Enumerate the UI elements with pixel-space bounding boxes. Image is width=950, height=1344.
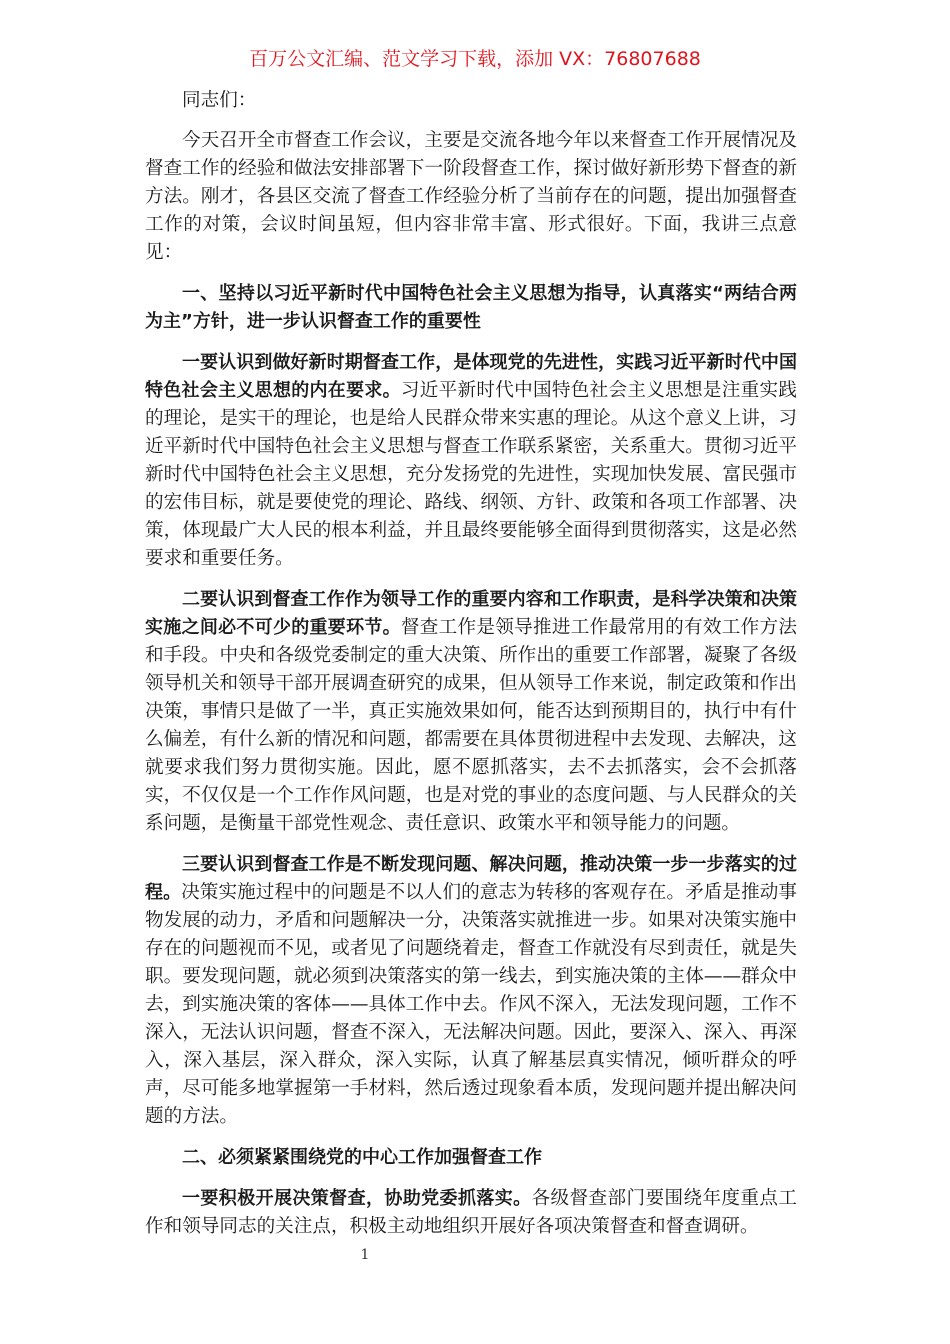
paragraph-lead: 一要积极开展决策督查，协助党委抓落实。 [182, 1188, 532, 1209]
paragraph-text: 决策实施过程中的问题是不以人们的意志为转移的客观存在。矛盾是推动事物发展的动力，… [145, 882, 797, 1127]
paragraph-text: 督查工作是领导推进工作最常用的有效工作方法和手段。中央和各级党委制定的重大决策、… [145, 617, 797, 834]
section-1-paragraph-1: 一要认识到做好新时期督查工作，是体现党的先进性，实践习近平新时代中国特色社会主义… [145, 349, 797, 573]
document-body: 同志们： 今天召开全市督查工作会议，主要是交流各地今年以来督查工作开展情况及督查… [145, 87, 797, 1254]
paragraph-text: 习近平新时代中国特色社会主义思想是注重实践的理论，是实干的理论，也是给人民群众带… [145, 380, 797, 569]
section-2-paragraph-1: 一要积极开展决策督查，协助党委抓落实。各级督查部门要围绕年度重点工作和领导同志的… [145, 1185, 797, 1241]
section-1-paragraph-3: 三要认识到督查工作是不断发现问题、解决问题，推动决策一步一步落实的过程。决策实施… [145, 851, 797, 1131]
greeting: 同志们： [145, 87, 797, 115]
section-1-heading: 一、坚持以习近平新时代中国特色社会主义思想为指导，认真落实“两结合两为主”方针，… [145, 280, 797, 336]
document-page: 百万公文汇编、范文学习下载，添加 VX：76807688 同志们： 今天召开全市… [0, 0, 950, 1344]
page-number: 1 [355, 1247, 375, 1263]
intro-paragraph: 今天召开全市督查工作会议，主要是交流各地今年以来督查工作开展情况及督查工作的经验… [145, 127, 797, 267]
section-2-heading: 二、必须紧紧围绕党的中心工作加强督查工作 [145, 1144, 797, 1172]
promo-banner: 百万公文汇编、范文学习下载，添加 VX：76807688 [0, 44, 950, 71]
section-1-paragraph-2: 二要认识到督查工作作为领导工作的重要内容和工作职责，是科学决策和决策实施之间必不… [145, 586, 797, 838]
